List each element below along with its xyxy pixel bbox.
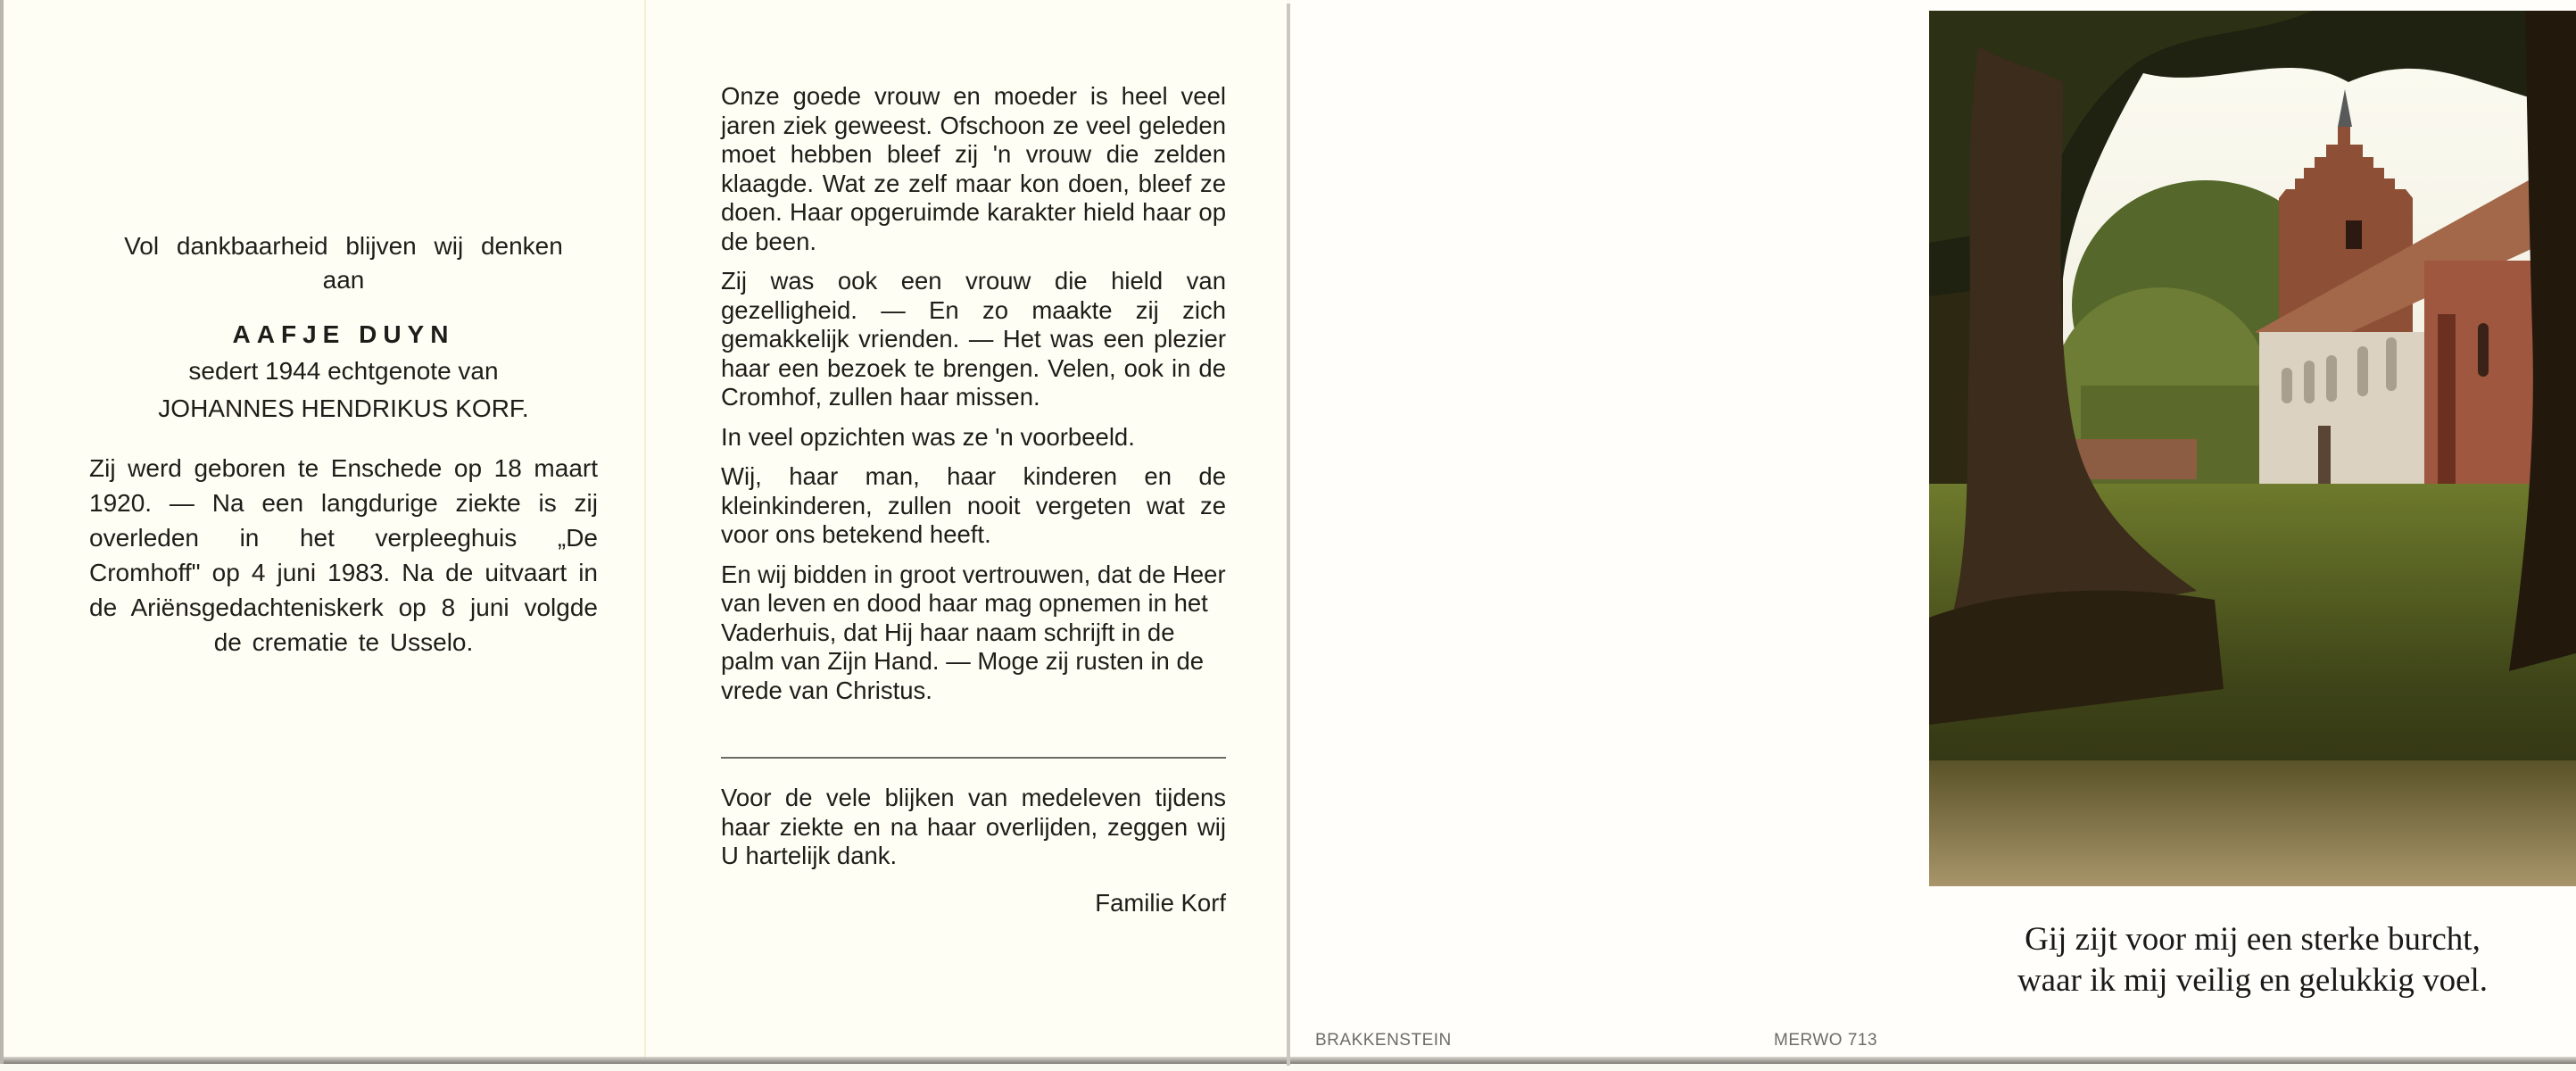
church-illustration: [1929, 11, 2576, 886]
paragraph: Wij, haar man, haar kinderen en de klein…: [721, 462, 1226, 550]
paragraph: In veel opzichten was ze 'n voorbeeld.: [721, 423, 1226, 452]
biography: Zij werd geboren te Enschede op 18 maart…: [89, 451, 598, 660]
center-fold: [644, 0, 646, 1064]
card-edge-shadow: [4, 1057, 1287, 1064]
intro-line-2: aan: [89, 263, 598, 297]
paragraph: En wij bidden in groot vertrouwen, dat d…: [721, 560, 1226, 706]
inner-spread: Vol dankbaarheid blijven wij denken aan …: [0, 0, 1287, 1064]
quote: Gij zijt voor mij een sterke burcht, waa…: [1929, 919, 2576, 1001]
spouse-name: JOHANNES HENDRIKUS KORF.: [89, 390, 598, 428]
marriage-line: sedert 1944 echtgenote van: [89, 353, 598, 390]
memorial-right-panel: Onze goede vrouw en moeder is heel veel …: [721, 82, 1226, 928]
divider-rule: [721, 757, 1226, 759]
card-edge-shadow: [1290, 1057, 2576, 1064]
publisher-imprint: BRAKKENSTEIN: [1315, 1031, 1452, 1050]
deceased-name: AAFJE DUYN: [89, 317, 598, 353]
quote-line-1: Gij zijt voor mij een sterke burcht,: [1929, 919, 2576, 960]
signature: Familie Korf: [721, 889, 1226, 918]
memorial-left-panel: Vol dankbaarheid blijven wij denken aan …: [89, 229, 598, 660]
card-code: MERWO 713: [1774, 1031, 1877, 1050]
paragraph: Onze goede vrouw en moeder is heel veel …: [721, 82, 1226, 256]
quote-line-2: waar ik mij veilig en gelukkig voel.: [1929, 960, 2576, 1001]
paragraph: Zij was ook een vrouw die hield van geze…: [721, 267, 1226, 412]
thanks-text: Voor de vele blijken van medeleven tijde…: [721, 784, 1226, 871]
church-photo: [1929, 11, 2576, 886]
intro-line: Vol dankbaarheid blijven wij denken: [89, 229, 598, 263]
